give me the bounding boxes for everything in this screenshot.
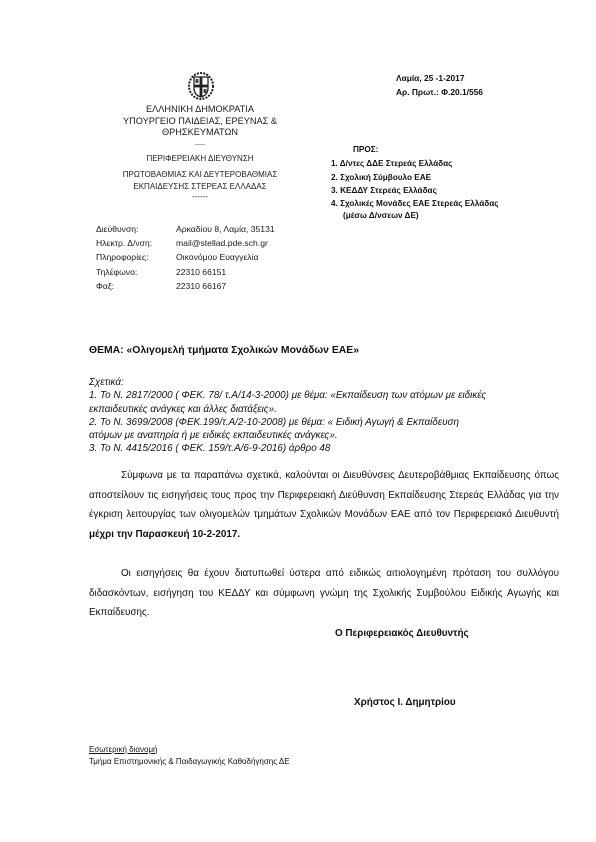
- directorate-line2: ΠΡΩΤΟΒΑΘΜΙΑΣ ΚΑΙ ΔΕΥΤΕΡΟΒΑΘΜΙΑΣ: [100, 169, 300, 181]
- recipients-block: ΠΡΟΣ: 1. Δ/ντες ΔΔΕ Στερεάς Ελλάδας 2. Σ…: [331, 143, 499, 222]
- greek-coat-of-arms-icon: [187, 71, 215, 101]
- contact-label: Ηλεκτρ. Δ/νση:: [96, 236, 176, 250]
- contact-label: Φαξ:: [96, 279, 176, 293]
- contact-value: Οικονόμου Ευαγγελία: [176, 250, 258, 264]
- separator: ------: [100, 192, 300, 201]
- directorate-line1: ΠΕΡΙΦΕΡΕΙΑΚΗ ΔΙΕΥΘΥΝΣΗ: [100, 153, 300, 165]
- letterhead: ΕΛΛΗΝΙΚΗ ΔΗΜΟΚΡΑΤΙΑ ΥΠΟΥΡΓΕΙΟ ΠΑΙΔΕΙΑΣ, …: [100, 104, 300, 201]
- internal-distribution: Εσωτερική διανομή Τμήμα Επιστημονικής & …: [89, 744, 290, 767]
- body-paragraph-2: Οι εισηγήσεις θα έχουν διατυπωθεί ύστερα…: [89, 564, 559, 623]
- separator: -----: [100, 139, 300, 151]
- contact-row-info: Πληροφορίες: Οικονόμου Ευαγγελία: [96, 250, 275, 264]
- contact-label: Πληροφορίες:: [96, 250, 176, 264]
- recipient-item: 3. ΚΕΔΔΥ Στερεάς Ελλάδας: [331, 184, 499, 198]
- contact-label: Τηλέφωνο:: [96, 265, 176, 279]
- reference-line: ατόμων με αναπηρία ή με ειδικές εκπαιδευ…: [89, 429, 559, 442]
- paragraph-text: Οι εισηγήσεις θα έχουν διατυπωθεί ύστερα…: [89, 568, 559, 618]
- email-link[interactable]: mail@stellad.pde.sch.gr: [176, 236, 268, 250]
- ministry-name-line1: ΥΠΟΥΡΓΕΙΟ ΠΑΙΔΕΙΑΣ, ΕΡΕΥΝΑΣ &: [100, 116, 300, 128]
- contact-label: Διεύθυνση:: [96, 222, 176, 236]
- republic-name: ΕΛΛΗΝΙΚΗ ΔΗΜΟΚΡΑΤΙΑ: [100, 104, 300, 116]
- contact-value: Αρκαδίου 8, Λαμία, 35131: [176, 222, 275, 236]
- document-date: Λαμία, 25 -1-2017: [396, 73, 465, 83]
- ministry-name-line2: ΘΡΗΣΚΕΥΜΑΤΩΝ: [100, 127, 300, 139]
- contact-row-address: Διεύθυνση: Αρκαδίου 8, Λαμία, 35131: [96, 222, 275, 236]
- reference-line: 1. Το Ν. 2817/2000 ( ΦΕΚ. 78/ τ.Α/14-3-2…: [89, 389, 559, 402]
- contact-row-fax: Φαξ: 22310 66167: [96, 279, 275, 293]
- contact-value: 22310 66151: [176, 265, 226, 279]
- references-block: Σχετικά: 1. Το Ν. 2817/2000 ( ΦΕΚ. 78/ τ…: [89, 376, 559, 456]
- recipients-title: ΠΡΟΣ:: [331, 143, 499, 157]
- recipient-item: 1. Δ/ντες ΔΔΕ Στερεάς Ελλάδας: [331, 157, 499, 171]
- protocol-number: Αρ. Πρωτ.: Φ.20.1/556: [396, 87, 483, 97]
- reference-line: 2. Το Ν. 3699/2008 (ΦΕΚ.199/τ.Α/2-10-200…: [89, 416, 559, 429]
- distribution-title: Εσωτερική διανομή: [89, 744, 290, 756]
- paragraph-text: Σύμφωνα με τα παραπάνω σχετικά, καλούντα…: [89, 470, 559, 520]
- signatory-name: Χρήστος Ι. Δημητρίου: [354, 697, 456, 708]
- references-title: Σχετικά:: [89, 376, 559, 389]
- reference-line: 3. Το Ν. 4415/2016 ( ΦΕΚ. 159/τ.Α/6-9-20…: [89, 442, 559, 455]
- reference-line: εκπαιδευτικές ανάγκες και άλλες διατάξει…: [89, 403, 559, 416]
- directorate-line3: ΕΚΠΑΙΔΕΥΣΗΣ ΣΤΕΡΕΑΣ ΕΛΛΑΔΑΣ: [100, 181, 300, 193]
- contact-info: Διεύθυνση: Αρκαδίου 8, Λαμία, 35131 Ηλεκ…: [96, 222, 275, 293]
- recipient-item-note: (μέσω Δ/νσεων ΔΕ): [331, 210, 499, 222]
- contact-row-phone: Τηλέφωνο: 22310 66151: [96, 265, 275, 279]
- subject-line: ΘΕΜΑ: «Ολιγομελή τμήματα Σχολικών Μονάδω…: [89, 345, 359, 356]
- distribution-line: Τμήμα Επιστημονικής & Παιδαγωγικής Καθοδ…: [89, 756, 290, 768]
- signatory-role: Ο Περιφερειακός Διευθυντής: [335, 628, 469, 639]
- recipient-item: 4. Σχολικές Μονάδες ΕΑΕ Στερεάς Ελλάδας: [331, 198, 499, 210]
- contact-row-email: Ηλεκτρ. Δ/νση: mail@stellad.pde.sch.gr: [96, 236, 275, 250]
- contact-value: 22310 66167: [176, 279, 226, 293]
- recipient-item: 2. Σχολική Σύμβουλο ΕΑΕ: [331, 171, 499, 185]
- deadline-text: μέχρι την Παρασκευή 10-2-2017.: [89, 529, 240, 540]
- body-paragraph-1: Σύμφωνα με τα παραπάνω σχετικά, καλούντα…: [89, 466, 559, 544]
